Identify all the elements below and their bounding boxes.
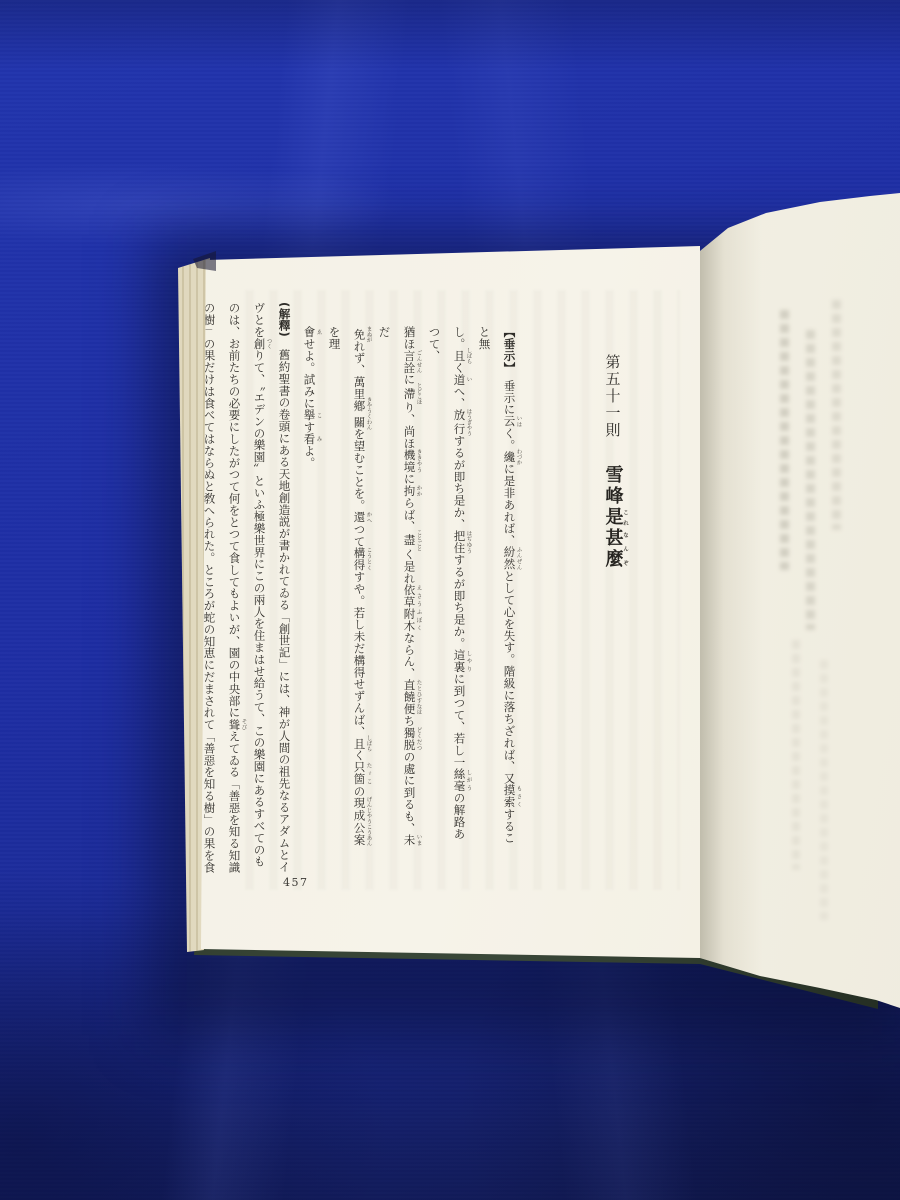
- page-showthrough: [806, 330, 815, 630]
- suiji-column: 會ゑせよ。試みに擧こす看みよ。: [297, 326, 322, 850]
- kaishaku-column: (解釋) 舊約聖書の卷頭にある天地創造説が書かれてゐる「創世記」には、神が人間の…: [272, 302, 297, 874]
- page-showthrough: [792, 640, 800, 870]
- suiji-column: 免まぬがれず、萬里鄕關きやうくわんを望むことを。還かへつて構得こうとくすや。若し…: [322, 326, 372, 850]
- page-text: 第五十一則 雪峰是これ甚麼なんぞ 【垂示】 垂示に云いはく。纔わづかに是非あれば…: [270, 302, 628, 874]
- suiji-column: 【垂示】 垂示に云いはく。纔わづかに是非あれば、紛然ふんぜんとして心を失す。階級…: [472, 326, 522, 850]
- suiji-section: 【垂示】 垂示に云いはく。纔わづかに是非あれば、紛然ふんぜんとして心を失す。階級…: [297, 302, 522, 874]
- kaishaku-column: ヴとを創つくりて、〝エデンの樂園〟といふ極樂世界にこの兩人を住まはせ給うて、この…: [247, 302, 272, 874]
- photo-backdrop: 第五十一則 雪峰是これ甚麼なんぞ 【垂示】 垂示に云いはく。纔わづかに是非あれば…: [0, 0, 900, 1200]
- page-number: 457: [283, 876, 309, 889]
- suiji-column: し。且しばらく道いへ、放行はうぎやうするが即ち是か、把住はぢゆうするが即ち是か。…: [422, 326, 472, 850]
- kaishaku-column: のは、お前たちの必要にしたがつて何をとつて食してもよいが、園の中央部に聳そびえて…: [222, 302, 247, 874]
- case-name: 雪峰是これ甚麼なんぞ: [603, 465, 624, 570]
- page-showthrough: [780, 310, 789, 570]
- page-showthrough: [832, 300, 841, 530]
- case-number: 第五十一則: [604, 354, 622, 439]
- suiji-column: 猶ほ言詮ごんせんに滯とどこほり、尚ほ機境ききやうに拘かからば、盡ことごとく是れ依…: [372, 326, 422, 850]
- case-title-column: 第五十一則 雪峰是これ甚麼なんぞ: [600, 302, 629, 874]
- page-showthrough: [820, 660, 828, 920]
